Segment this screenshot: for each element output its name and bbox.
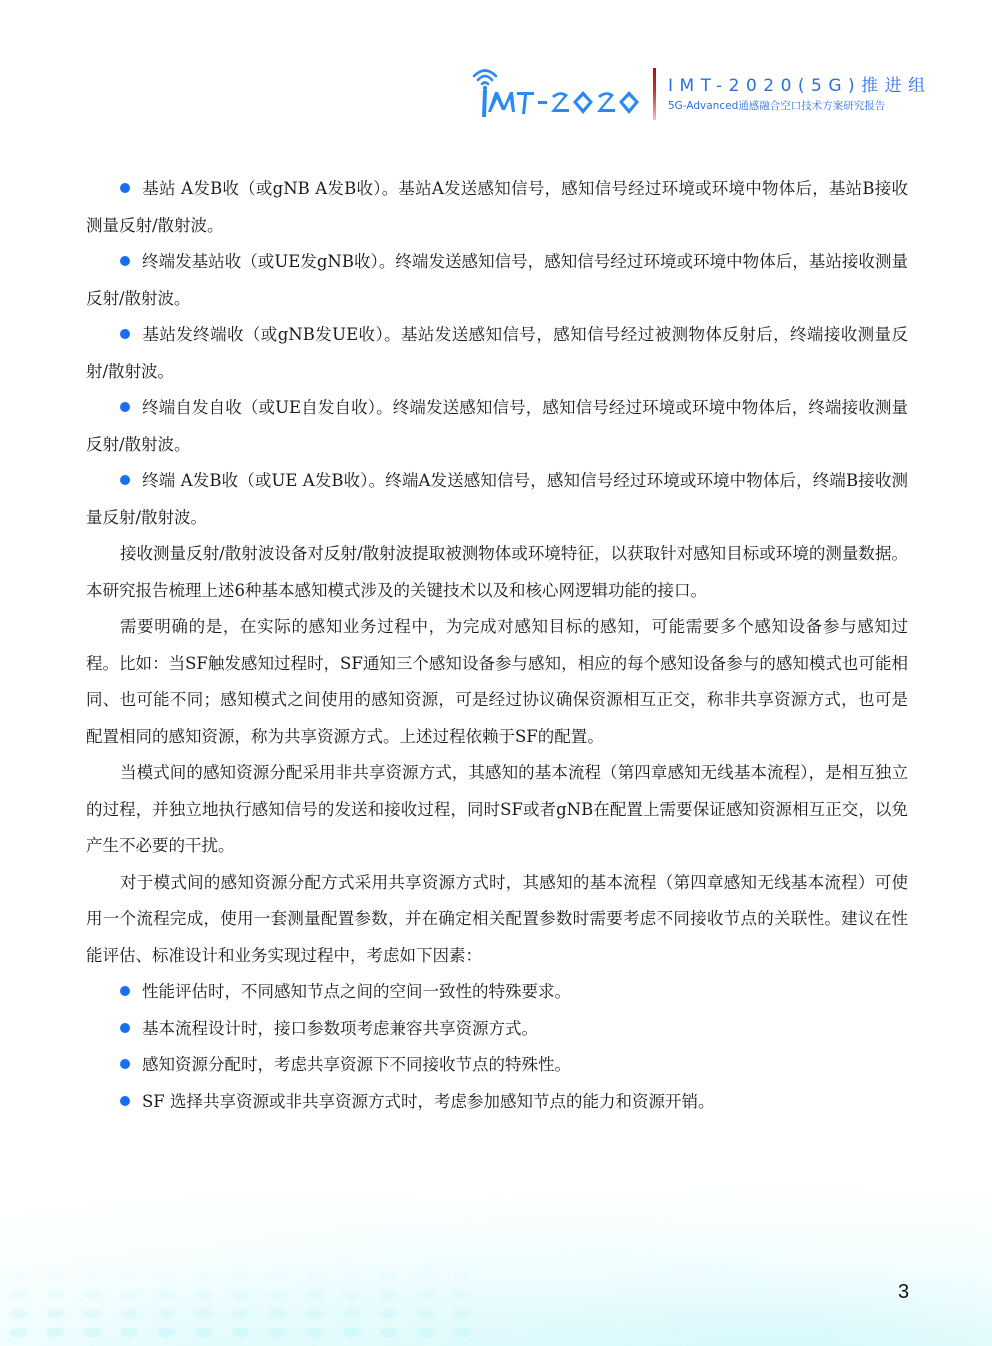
bullet-dot-icon: [120, 402, 130, 412]
page-header: IMT-2020(5G)推进组 5G-Advanced通感融合空口技术方案研究报…: [468, 62, 928, 122]
bullet-item: 基站发终端收（或gNB发UE收）。基站发送感知信号，感知信号经过被测物体反射后，…: [86, 317, 908, 390]
bullet-dot-icon: [120, 1023, 130, 1033]
bullet-dot-icon: [120, 1096, 130, 1106]
dot-pattern-decoration: [0, 1266, 480, 1346]
bullet-item: 基站 A发B收（或gNB A发B收）。基站A发送感知信号，感知信号经过环境或环境…: [86, 171, 908, 244]
bullet-dot-icon: [120, 475, 130, 485]
bullet-item: 性能评估时，不同感知节点之间的空间一致性的特殊要求。: [86, 974, 908, 1011]
imt-2020-logo: [468, 62, 643, 120]
bullet-item: 基本流程设计时，接口参数项考虑兼容共享资源方式。: [86, 1011, 908, 1048]
bullet-item: 终端自发自收（或UE自发自收）。终端发送感知信号，感知信号经过环境或环境中物体后…: [86, 390, 908, 463]
bullet-dot-icon: [120, 183, 130, 193]
bullet-item: 终端 A发B收（或UE A发B收）。终端A发送感知信号，感知信号经过环境或环境中…: [86, 463, 908, 536]
paragraph: 对于模式间的感知资源分配方式采用共享资源方式时，其感知的基本流程（第四章感知无线…: [86, 865, 908, 975]
header-divider: [653, 68, 656, 120]
header-subtitle: 5G-Advanced通感融合空口技术方案研究报告: [668, 98, 885, 113]
bullet-dot-icon: [120, 329, 130, 339]
paragraph: 需要明确的是，在实际的感知业务过程中，为完成对感知目标的感知，可能需要多个感知设…: [86, 609, 908, 755]
page-number: 3: [898, 1281, 909, 1304]
bullet-dot-icon: [120, 986, 130, 996]
bullet-item: SF 选择共享资源或非共享资源方式时，考虑参加感知节点的能力和资源开销。: [86, 1084, 908, 1121]
bullet-item: 终端发基站收（或UE发gNB收）。终端发送感知信号，感知信号经过环境或环境中物体…: [86, 244, 908, 317]
bullet-dot-icon: [120, 1059, 130, 1069]
bullet-item: 感知资源分配时，考虑共享资源下不同接收节点的特殊性。: [86, 1047, 908, 1084]
document-body: 基站 A发B收（或gNB A发B收）。基站A发送感知信号，感知信号经过环境或环境…: [86, 171, 908, 1120]
paragraph: 当模式间的感知资源分配采用非共享资源方式，其感知的基本流程（第四章感知无线基本流…: [86, 755, 908, 865]
bullet-dot-icon: [120, 256, 130, 266]
paragraph: 接收测量反射/散射波设备对反射/散射波提取被测物体或环境特征，以获取针对感知目标…: [86, 536, 908, 609]
header-title: IMT-2020(5G)推进组: [668, 71, 932, 96]
